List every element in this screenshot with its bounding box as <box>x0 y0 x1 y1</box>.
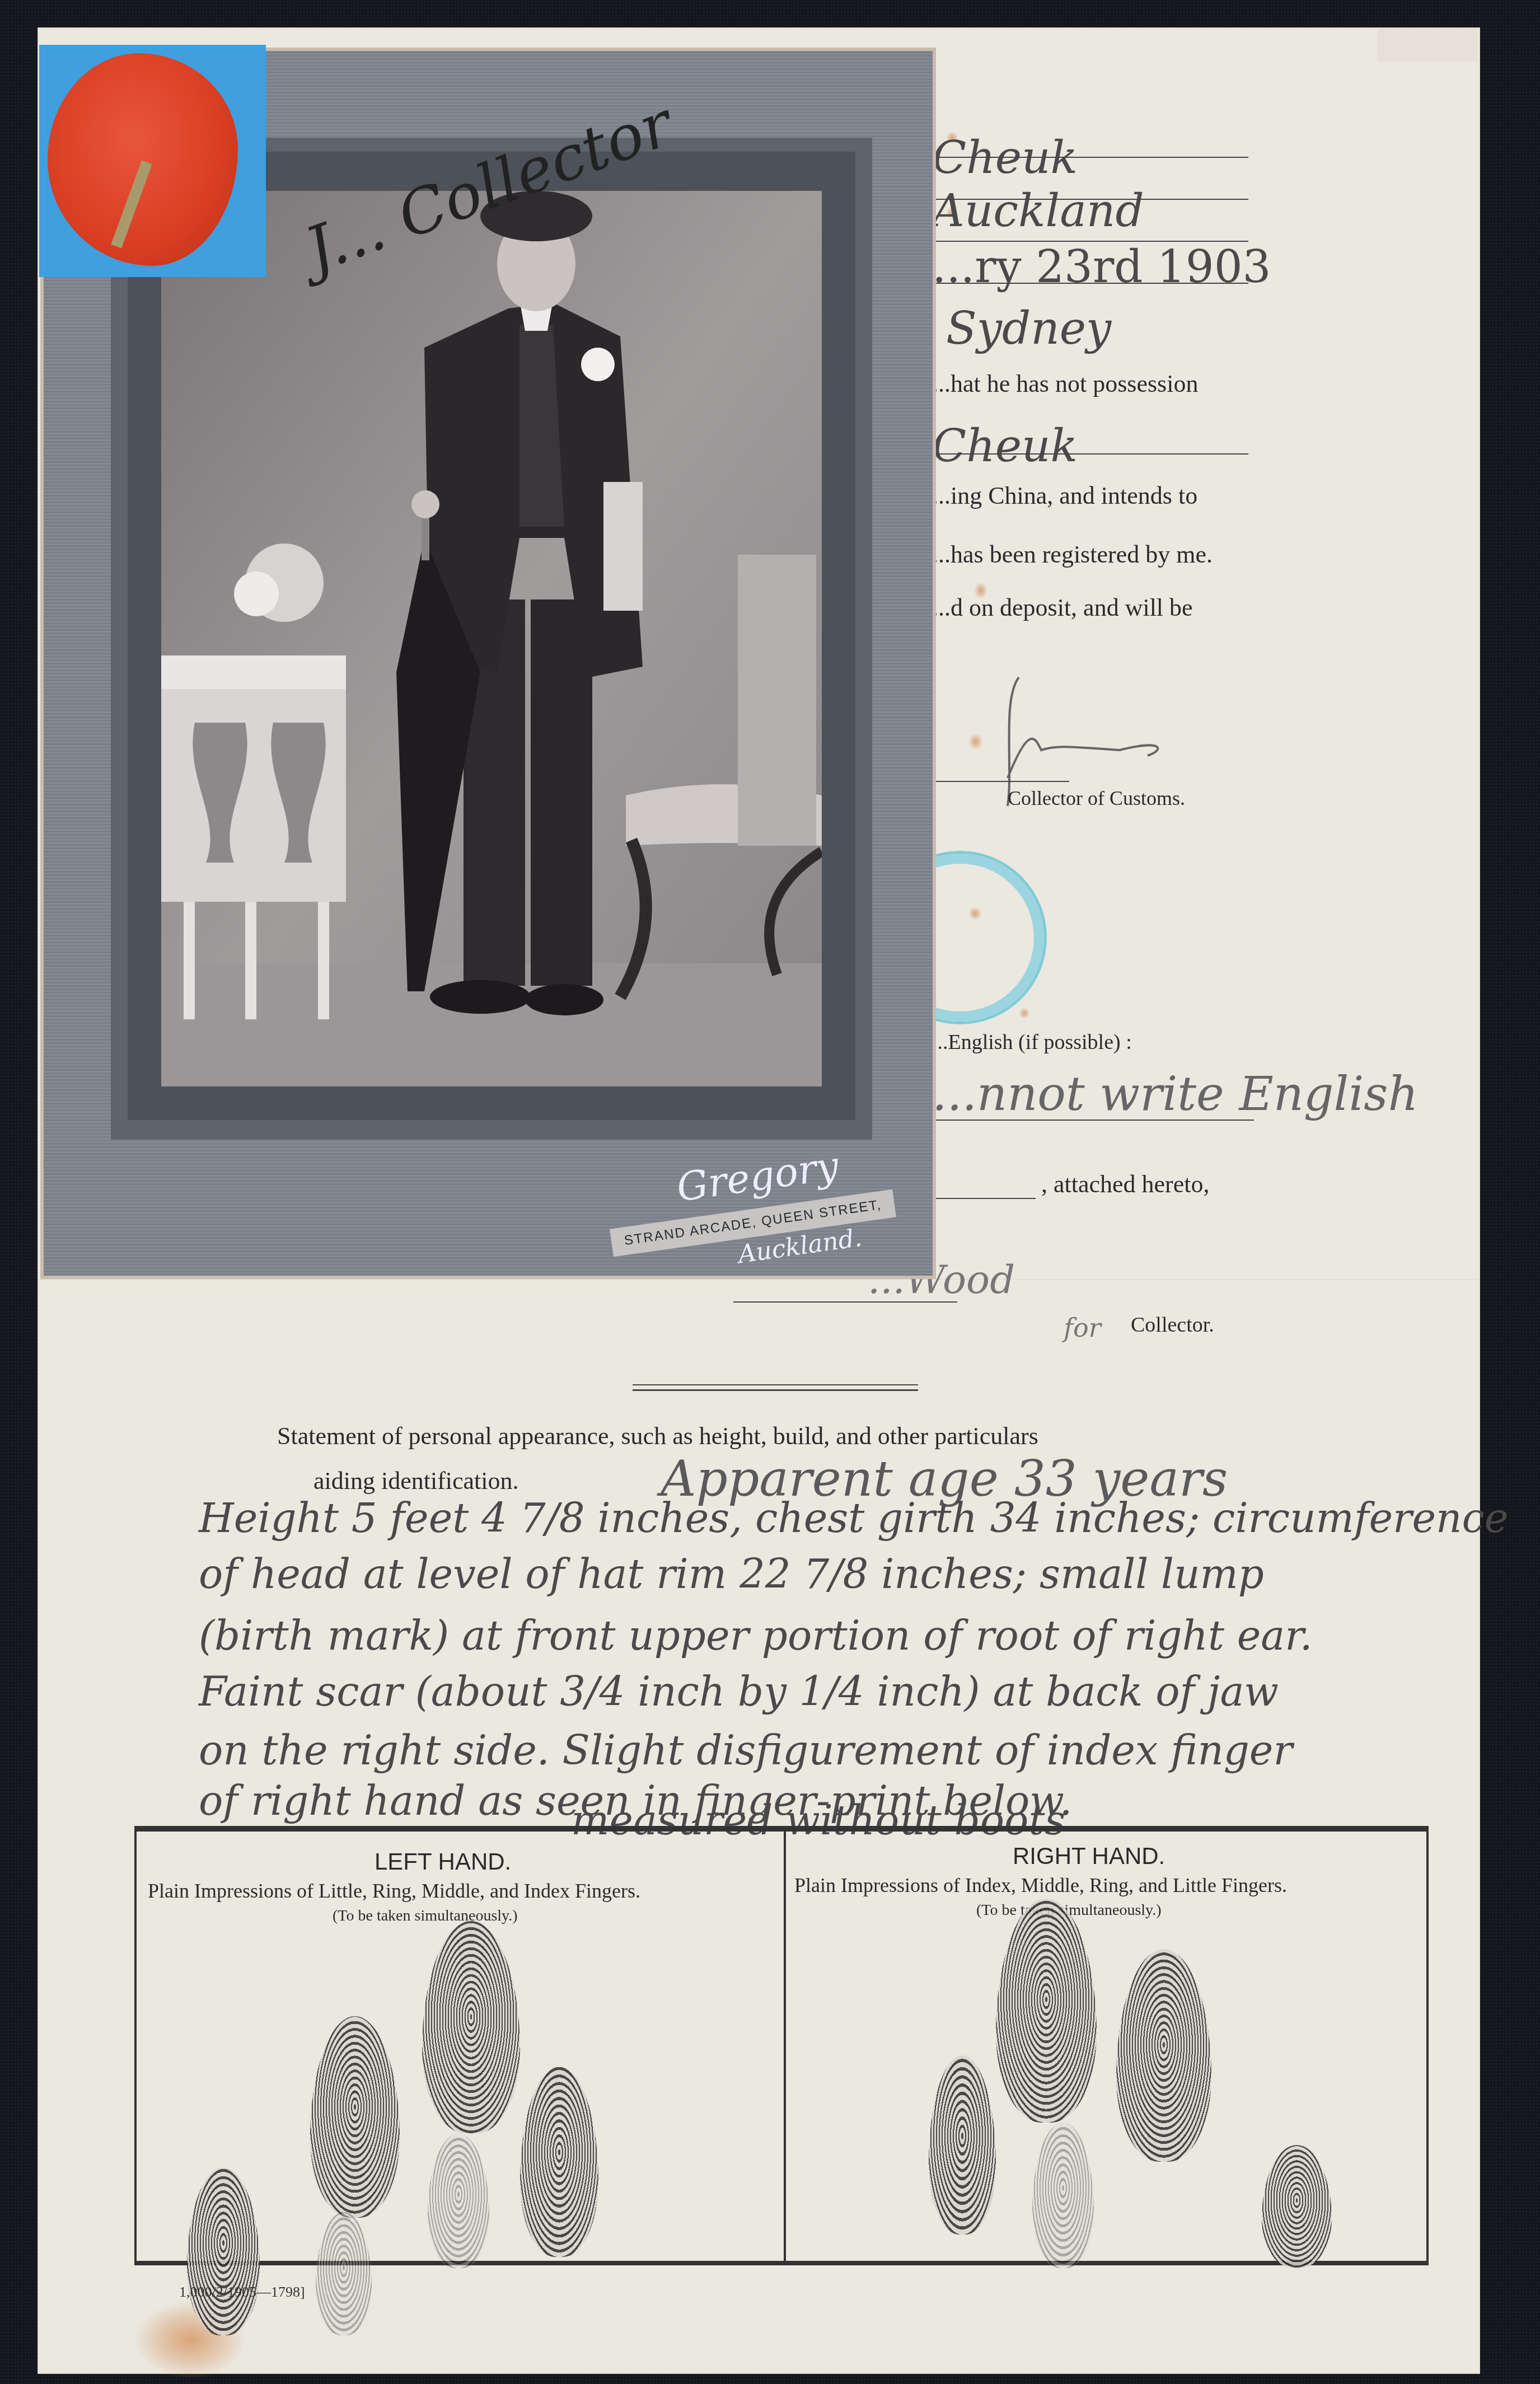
field-underline <box>929 199 1248 200</box>
collector-label: Collector. <box>1131 1313 1214 1337</box>
right-index-fingerprint <box>929 2055 996 2235</box>
field-port: Auckland <box>932 185 1144 237</box>
statement-heading-cont: aiding identification. <box>313 1467 519 1495</box>
field-underline <box>929 157 1248 158</box>
left-hand-note: (To be taken simultaneously.) <box>333 1907 518 1925</box>
field-name-2: Cheuk <box>932 420 1078 472</box>
english-answer: ...nnot write English <box>932 1066 1419 1121</box>
field-date: ...ry 23rd 1903 <box>932 241 1271 293</box>
printed-line: ...ing China, and intends to <box>932 481 1197 510</box>
fingerprint-box: LEFT HAND. Plain Impressions of Little, … <box>134 1826 1429 2265</box>
statement-line: (birth mark) at front upper portion of r… <box>199 1612 1313 1659</box>
paper-fold-line <box>38 1279 1480 1281</box>
double-rule <box>633 1389 918 1391</box>
field-underline <box>929 1198 1036 1199</box>
signature-line <box>929 781 1069 782</box>
statement-heading: Statement of personal appearance, such a… <box>277 1422 1038 1450</box>
statement-line: of head at level of hat rim 22 7/8 inche… <box>199 1551 1264 1598</box>
field-underline <box>929 453 1248 455</box>
possession-line: ...hat he has not possession <box>932 369 1198 398</box>
statement-line: Faint scar (about 3/4 inch by 1/4 inch) … <box>199 1668 1279 1715</box>
left-index-fingerprint <box>520 2067 598 2257</box>
paper-folded-corner <box>1377 28 1478 62</box>
field-from: Sydney <box>946 302 1111 354</box>
foxing-spot <box>968 733 983 750</box>
right-hand-heading: RIGHT HAND. <box>1013 1843 1165 1870</box>
right-little-fingerprint <box>1262 2145 1332 2268</box>
left-hand-heading: LEFT HAND. <box>375 1848 511 1875</box>
field-underline <box>929 1120 1254 1121</box>
statement-line: Height 5 feet 4 7/8 inches, chest girth … <box>199 1495 1508 1542</box>
printed-line: ...d on deposit, and will be <box>932 593 1193 622</box>
statement-line: on the right side. Slight disfigurement … <box>199 1727 1293 1774</box>
signature-line <box>733 1301 957 1303</box>
field-underline <box>929 241 1248 242</box>
fingerprint-divider <box>784 1832 786 2261</box>
left-ring-fingerprint <box>310 2016 400 2218</box>
english-prompt: ...English (if possible) : <box>932 1030 1132 1055</box>
foxing-spot <box>1019 1008 1030 1019</box>
printed-line: ...has been registered by me. <box>932 540 1213 569</box>
collector-of-customs-label: Collector of Customs. <box>1008 786 1185 810</box>
double-rule <box>633 1384 918 1385</box>
left-little-fingerprint <box>187 2167 260 2335</box>
portrait-photograph <box>161 191 822 1086</box>
for-label: for <box>1064 1313 1101 1343</box>
attached-hereto-label: , attached hereto, <box>1041 1170 1210 1198</box>
right-ring-fingerprint <box>1116 1949 1211 2162</box>
left-hand-description: Plain Impressions of Little, Ring, Middl… <box>148 1879 640 1903</box>
right-middle-fingerprint <box>996 1899 1097 2123</box>
left-ring-lower-print <box>316 2212 372 2335</box>
print-code: 1,000/2/1905—1798] <box>179 2284 305 2301</box>
left-middle-fingerprint <box>422 1921 520 2134</box>
left-middle-lower-print <box>428 2134 489 2268</box>
field-underline <box>929 283 1248 284</box>
portrait-figure <box>161 191 822 1086</box>
right-middle-lower-print <box>1032 2123 1094 2268</box>
right-hand-description: Plain Impressions of Index, Middle, Ring… <box>794 1874 1287 1897</box>
